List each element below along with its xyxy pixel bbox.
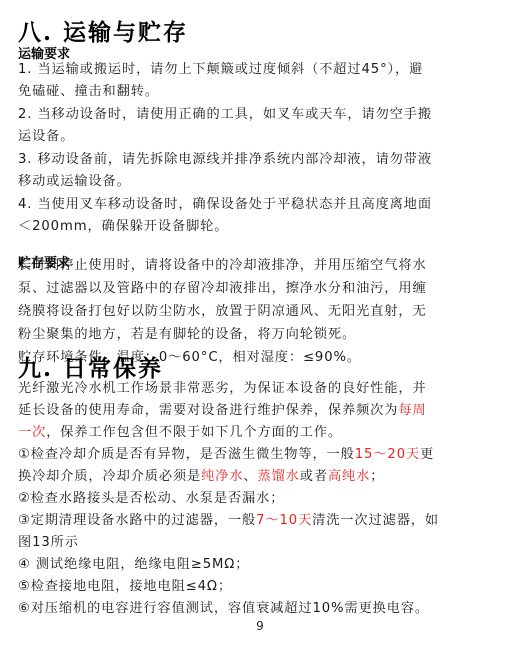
intro-line: 一次，保养工作包含但不限于如下几个方面的工作。 <box>18 421 502 444</box>
page-number: 9 <box>0 619 520 633</box>
transport-line: 3. 移动设备前，请先拆除电源线并排净系统内部冷却液，请勿带液 <box>18 148 502 171</box>
transport-line: 免磕碰、撞击和翻转。 <box>18 80 502 103</box>
intro-text: ，保养工作包含但不限于如下几个方面的工作。 <box>46 425 342 440</box>
highlight-frequency: 每周 <box>398 403 426 418</box>
transport-line: 4. 当使用叉车移动设备时，确保设备处于平稳状态并且高度离地面 <box>18 193 502 216</box>
maintenance-item-3-cont: 图13所示 <box>18 531 502 554</box>
transport-line: ＜200mm，确保躲开设备脚轮。 <box>18 215 502 238</box>
intro-line: 延长设备的使用寿命，需要对设备进行维护保养，保养频次为每周 <box>18 399 502 422</box>
intro-text: 光纤激光冷水机工作场景非常恶劣，为保证本设备的良好性能，并 <box>18 381 427 396</box>
highlight-interval: 7～10天 <box>256 513 312 528</box>
item-text: ③定期清理设备水路中的过滤器，一般 <box>18 513 256 528</box>
highlight-water: 高纯水 <box>328 469 370 484</box>
item-text: ①检查冷却介质是否有异物，是否滋生微生物等，一般 <box>18 447 355 462</box>
highlight-interval: 15～20天 <box>355 447 420 462</box>
item-text: 换冷却介质，冷却介质必须是 <box>18 469 201 484</box>
highlight-frequency: 一次 <box>18 425 46 440</box>
item-text: 更 <box>420 447 434 462</box>
transport-line: 移动或运输设备。 <box>18 170 502 193</box>
maintenance-item-6: ⑥对压缩机的电容进行容值测试，容值衰减超过10%需更换电容。 <box>18 597 502 620</box>
maintenance-item-1: ①检查冷却介质是否有异物，是否滋生微生物等，一般15～20天更 <box>18 443 502 466</box>
intro-line: 光纤激光冷水机工作场景非常恶劣，为保证本设备的良好性能，并 <box>18 377 502 400</box>
item-text: 清洗一次过滤器，如 <box>312 513 439 528</box>
item-text: 、 <box>243 469 257 484</box>
highlight-water: 纯净水 <box>201 469 243 484</box>
storage-line: 长时间停止使用时，请将设备中的冷却液排净，并用压缩空气将水 <box>18 254 502 277</box>
intro-text: 延长设备的使用寿命，需要对设备进行维护保养，保养频次为 <box>18 403 398 418</box>
maintenance-item-2: ②检查水路接头是否松动、水泵是否漏水； <box>18 487 502 510</box>
storage-line: 粉尘聚集的地方，若是有脚轮的设备，将万向轮锁死。 <box>18 323 502 346</box>
storage-line: 泵、过滤器以及管路中的存留冷却液排出，擦净水分和油污，用缠 <box>18 277 502 300</box>
transport-line: 1. 当运输或搬运时，请勿上下颠簸或过度倾斜（不超过45°），避 <box>18 58 502 81</box>
transport-line: 运设备。 <box>18 125 502 148</box>
maintenance-item-5: ⑤检查接地电阻，接地电阻≤4Ω； <box>18 575 502 598</box>
storage-line: 绕膜将设备打包好以防尘防水，放置于阴凉通风、无阳光直射，无 <box>18 300 502 323</box>
item-text: 或者 <box>300 469 328 484</box>
maintenance-item-3: ③定期清理设备水路中的过滤器，一般7～10天清洗一次过滤器，如 <box>18 509 502 532</box>
highlight-water: 蒸馏水 <box>258 469 300 484</box>
maintenance-item-1-cont: 换冷却介质，冷却介质必须是纯净水、蒸馏水或者高纯水； <box>18 465 502 488</box>
maintenance-item-4: ④ 测试绝缘电阻，绝缘电阻≥5MΩ； <box>18 553 502 576</box>
item-text: ； <box>370 469 384 484</box>
transport-line: 2. 当移动设备时，请使用正确的工具，如叉车或天车，请勿空手搬 <box>18 103 502 126</box>
